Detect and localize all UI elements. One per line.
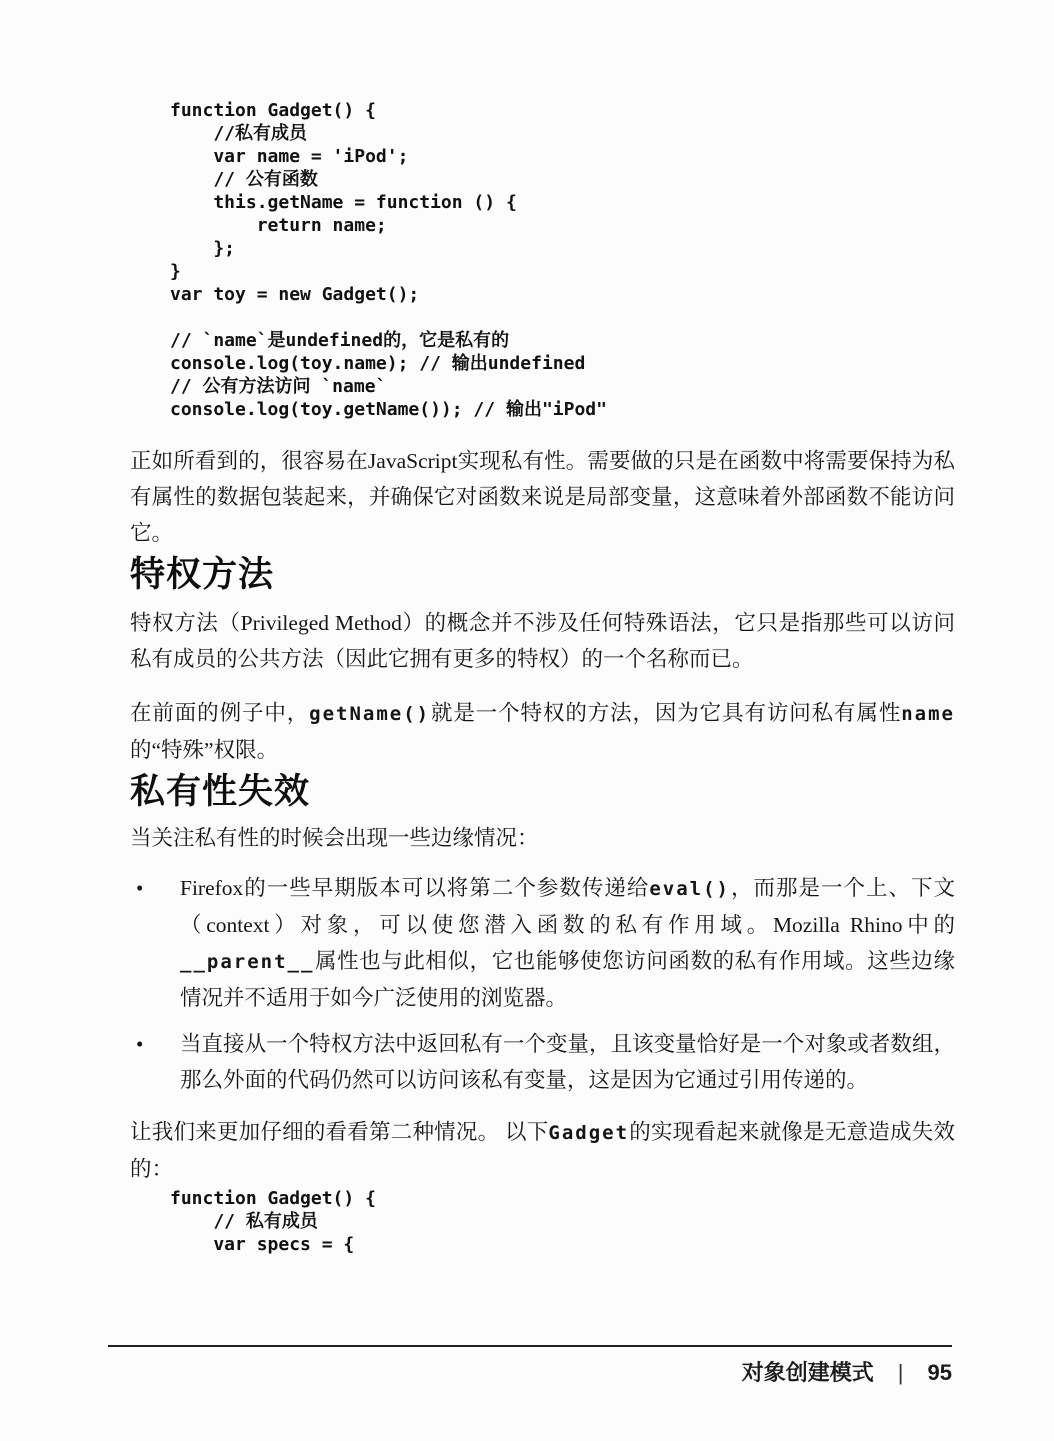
- bullet-marker: •: [130, 1026, 180, 1062]
- page-footer: 对象创建模式 | 95: [742, 1356, 952, 1387]
- edge-case-bullet-list: • Firefox的一些早期版本可以将第二个参数传递给eval()，而那是一个上…: [130, 870, 955, 1098]
- paragraph-privileged-definition: 特权方法（Privileged Method）的概念并不涉及任何特殊语法，它只是…: [130, 605, 955, 677]
- footer-separator: |: [898, 1360, 904, 1386]
- paragraph-edge-cases-lead: 当关注私有性的时候会出现一些边缘情况：: [130, 820, 955, 856]
- code-block-gadget-private-members: function Gadget() { //私有成员 var name = 'i…: [170, 99, 955, 421]
- heading-privileged-methods: 特权方法: [130, 551, 955, 599]
- bullet-text-firefox-eval: Firefox的一些早期版本可以将第二个参数传递给eval()，而那是一个上、下…: [180, 870, 955, 1016]
- heading-privacy-failures: 私有性失效: [130, 768, 955, 816]
- list-item: • Firefox的一些早期版本可以将第二个参数传递给eval()，而那是一个上…: [130, 870, 955, 1016]
- bullet-marker: •: [130, 870, 180, 906]
- paragraph-getname-example: 在前面的例子中，getName()就是一个特权的方法，因为它具有访问私有属性na…: [130, 695, 955, 768]
- footer-chapter-title: 对象创建模式: [742, 1356, 874, 1387]
- footer-page-number: 95: [928, 1360, 952, 1386]
- paragraph-privacy-intro: 正如所看到的，很容易在JavaScript实现私有性。需要做的只是在函数中将需要…: [130, 443, 955, 551]
- footer-divider: [108, 1345, 952, 1347]
- list-item: • 当直接从一个特权方法中返回私有一个变量，且该变量恰好是一个对象或者数组，那么…: [130, 1026, 955, 1098]
- paragraph-second-case-lead: 让我们来更加仔细的看看第二种情况。 以下Gadget的实现看起来就像是无意造成失…: [130, 1114, 955, 1187]
- book-page: function Gadget() { //私有成员 var name = 'i…: [0, 0, 1054, 1441]
- code-block-gadget-specs: function Gadget() { // 私有成员 var specs = …: [170, 1187, 955, 1256]
- bullet-text-reference-leak: 当直接从一个特权方法中返回私有一个变量，且该变量恰好是一个对象或者数组，那么外面…: [180, 1026, 955, 1098]
